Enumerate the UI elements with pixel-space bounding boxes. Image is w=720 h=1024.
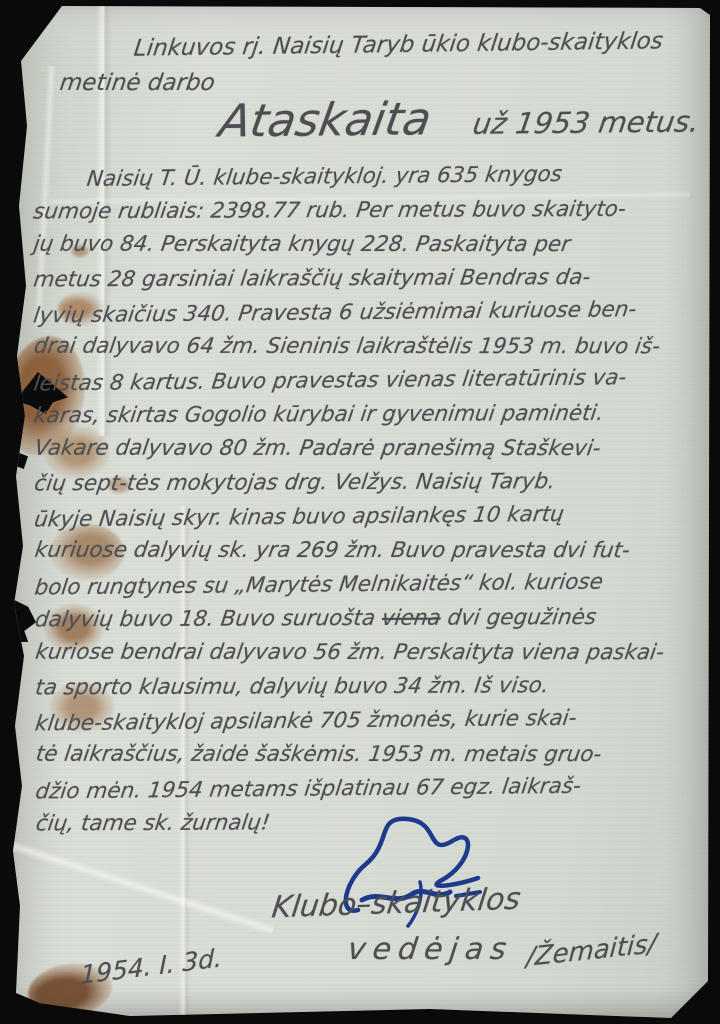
title-row: Ataskaita už 1953 metus. (220, 89, 699, 147)
document-page: Linkuvos rj. Naisių Taryb ūkio klubo-ska… (10, 6, 710, 1018)
header-line-1: Linkuvos rj. Naisių Taryb ūkio klubo-ska… (132, 28, 664, 61)
body-line: bolo rungtynes su „Marytės Melnikaitės“ … (32, 568, 705, 609)
tear-hole (14, 451, 28, 469)
body-line: Naisių T. Ū. klube-skaitykloj. yra 635 k… (30, 160, 703, 201)
signature-role-line: vedėjas (346, 932, 515, 967)
photo-backdrop: Linkuvos rj. Naisių Taryb ūkio klubo-ska… (0, 0, 720, 1024)
date-line: 1954. I. 3d. (80, 943, 222, 990)
signature-name: /Žemaitis/ (525, 929, 657, 973)
title-year: už 1953 metus. (470, 104, 701, 140)
body-line: lyvių skaičius 340. Pravesta 6 užsiėmima… (31, 296, 704, 337)
paper-crease (0, 832, 275, 936)
header-line-2: metinė darbo (58, 70, 216, 96)
document-title: Ataskaita (216, 92, 436, 147)
body-line: sumoje rubliais: 2398.77 rub. Per metus … (30, 197, 703, 234)
body-line-with-correction: dalyvių buvo 18. Buvo suruošta viena dvi… (32, 605, 705, 642)
body-line: džio mėn. 1954 metams išplatinau 67 egz.… (33, 772, 706, 813)
body-text: Naisių T. Ū. klube-skaitykloj. yra 635 k… (33, 163, 704, 846)
body-line: ūkyje Naisių skyr. kinas buvo apsilankęs… (32, 500, 705, 541)
body-line: ta sporto klausimu, dalyvių buvo 34 žm. … (33, 673, 706, 710)
body-line-segment: dvi gegužinės (439, 605, 598, 631)
body-line: tė laikraščius, žaidė šaškėmis. 1953 m. … (33, 742, 705, 777)
body-line-segment: dalyvių buvo 18. Buvo suruošta (33, 606, 383, 633)
body-line: kuriose bendrai dalyvavo 56 žm. Perskait… (33, 640, 705, 675)
body-line: Vakare dalyvavo 80 žm. Padarė pranešimą … (32, 436, 704, 471)
body-line: klube-skaitykloj apsilankė 705 žmonės, k… (32, 704, 705, 745)
body-line: karas, skirtas Gogolio kūrybai ir gyveni… (31, 401, 704, 438)
body-line: leistas 8 kartus. Buvo pravestas vienas … (31, 364, 704, 405)
body-line: metus 28 garsiniai laikraščių skaitymai … (31, 265, 704, 302)
body-line: čių sept-tės mokytojas drg. Velžys. Nais… (32, 469, 705, 506)
body-line: jų buvo 84. Perskaityta knygų 228. Paska… (31, 232, 703, 267)
body-line: drai dalyvavo 64 žm. Sieninis laikraštėl… (31, 334, 703, 369)
body-line: kuriuose dalyvių sk. yra 269 žm. Buvo pr… (32, 538, 704, 573)
struck-word: viena (380, 606, 442, 631)
